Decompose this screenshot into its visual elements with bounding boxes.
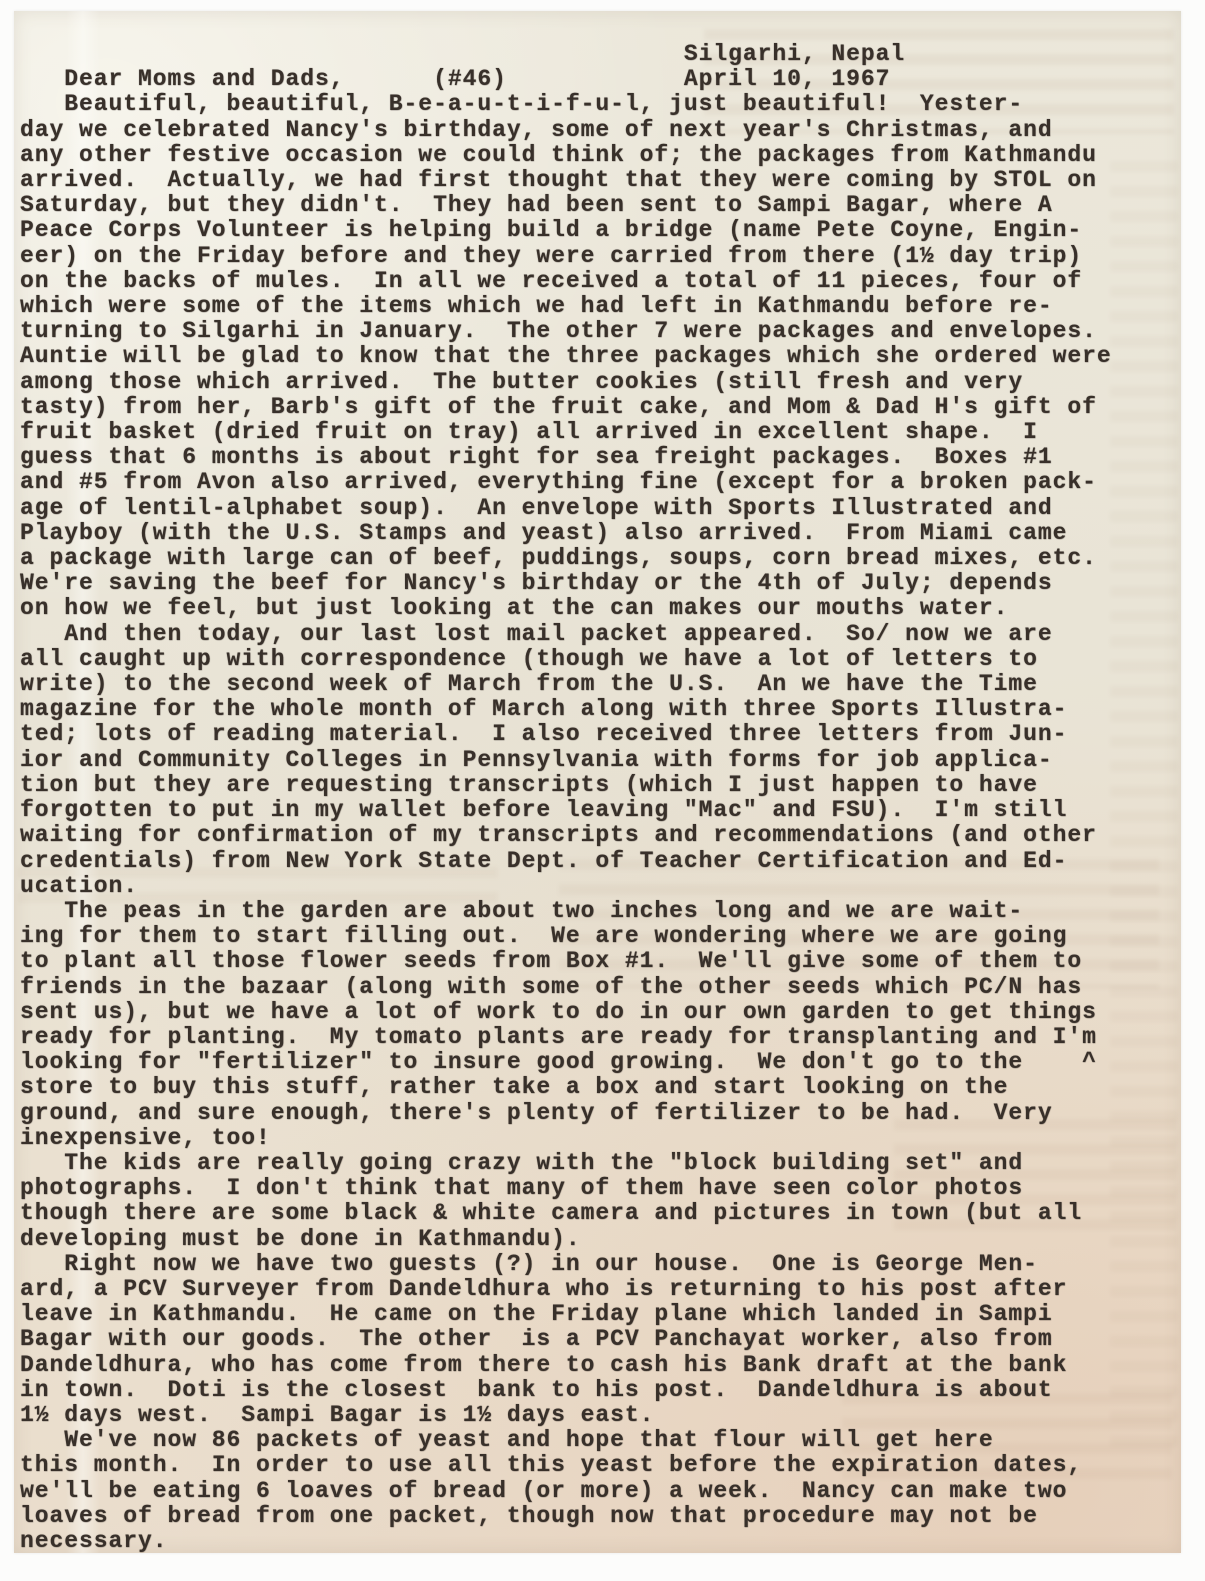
letter-line: a package with large can of beef, puddin… [20, 546, 1170, 571]
letter-line: waiting for confirmation of my transcrip… [20, 823, 1170, 848]
letter-line: magazine for the whole month of March al… [20, 697, 1170, 722]
letter-line: though there are some black & white came… [20, 1201, 1170, 1226]
letter-line: ucation. [20, 874, 1170, 899]
letter-body: Silgarhi, Nepal Dear Moms and Dads, (#46… [20, 42, 1170, 1554]
letter-line: photographs. I don't think that many of … [20, 1176, 1170, 1201]
letter-line: necessary. [20, 1529, 1170, 1554]
letter-line: leave in Kathmandu. He came on the Frida… [20, 1302, 1170, 1327]
letter-line: The peas in the garden are about two inc… [20, 899, 1170, 924]
letter-line: credentials) from New York State Dept. o… [20, 849, 1170, 874]
letter-line: all caught up with correspondence (thoug… [20, 647, 1170, 672]
letter-line: We're saving the beef for Nancy's birthd… [20, 571, 1170, 596]
letter-line: And then today, our last lost mail packe… [20, 622, 1170, 647]
letterhead-location-date-line: Silgarhi, Nepal [20, 42, 1170, 67]
letter-line: tasty) from her, Barb's gift of the frui… [20, 395, 1170, 420]
letter-line: sent us), but we have a lot of work to d… [20, 1000, 1170, 1025]
letter-line: forgotten to put in my wallet before lea… [20, 798, 1170, 823]
letter-paper: Silgarhi, Nepal Dear Moms and Dads, (#46… [14, 11, 1181, 1553]
letter-line: which were some of the items which we ha… [20, 294, 1170, 319]
letter-line: and #5 from Avon also arrived, everythin… [20, 470, 1170, 495]
letter-line: write) to the second week of March from … [20, 672, 1170, 697]
letter-line: developing must be done in Kathmandu). [20, 1227, 1170, 1252]
letter-line: ted; lots of reading material. I also re… [20, 722, 1170, 747]
letter-line: Auntie will be glad to know that the thr… [20, 344, 1170, 369]
letter-line: we'll be eating 6 loaves of bread (or mo… [20, 1479, 1170, 1504]
letter-line: fruit basket (dried fruit on tray) all a… [20, 420, 1170, 445]
letter-line: ing for them to start filling out. We ar… [20, 924, 1170, 949]
letter-line: Saturday, but they didn't. They had been… [20, 193, 1170, 218]
letter-line: Peace Corps Volunteer is helping build a… [20, 218, 1170, 243]
letter-line: turning to Silgarhi in January. The othe… [20, 319, 1170, 344]
letter-line: eer) on the Friday before and they were … [20, 244, 1170, 269]
letter-line: among those which arrived. The butter co… [20, 370, 1170, 395]
letter-line: in town. Doti is the closest bank to his… [20, 1378, 1170, 1403]
letter-line: ard, a PCV Surveyer from Dandeldhura who… [20, 1277, 1170, 1302]
letter-line: arrived. Actually, we had first thought … [20, 168, 1170, 193]
salutation-line: Dear Moms and Dads, (#46) April 10, 1967 [20, 67, 1170, 92]
letter-line: friends in the bazaar (along with some o… [20, 975, 1170, 1000]
letter-line: tion but they are requesting transcripts… [20, 773, 1170, 798]
letter-line: 1½ days west. Sampi Bagar is 1½ days eas… [20, 1403, 1170, 1428]
scan-background: Silgarhi, Nepal Dear Moms and Dads, (#46… [0, 0, 1205, 1581]
letter-line: day we celebrated Nancy's birthday, some… [20, 118, 1170, 143]
letter-line: We've now 86 packets of yeast and hope t… [20, 1428, 1170, 1453]
letter-line: ior and Community Colleges in Pennsylvan… [20, 748, 1170, 773]
letter-line: any other festive occasion we could thin… [20, 143, 1170, 168]
letter-line: ground, and sure enough, there's plenty … [20, 1101, 1170, 1126]
letter-line: Beautiful, beautiful, B-e-a-u-t-i-f-u-l,… [20, 92, 1170, 117]
letter-line: on how we feel, but just looking at the … [20, 596, 1170, 621]
letter-line: Dandeldhura, who has come from there to … [20, 1353, 1170, 1378]
letter-line: ready for planting. My tomato plants are… [20, 1025, 1170, 1050]
letter-line: Right now we have two guests (?) in our … [20, 1252, 1170, 1277]
letter-line: on the backs of mules. In all we receive… [20, 269, 1170, 294]
letter-line: Bagar with our goods. The other is a PCV… [20, 1327, 1170, 1352]
letter-line: The kids are really going crazy with the… [20, 1151, 1170, 1176]
letter-line: to plant all those flower seeds from Box… [20, 949, 1170, 974]
letter-line: age of lentil-alphabet soup). An envelop… [20, 496, 1170, 521]
letter-line: store to buy this stuff, rather take a b… [20, 1075, 1170, 1100]
letter-line: Playboy (with the U.S. Stamps and yeast)… [20, 521, 1170, 546]
letter-line: looking for "fertilizer" to insure good … [20, 1050, 1170, 1075]
letter-line: inexpensive, too! [20, 1126, 1170, 1151]
letter-line: loaves of bread from one packet, though … [20, 1504, 1170, 1529]
letter-line: this month. In order to use all this yea… [20, 1453, 1170, 1478]
letter-line: guess that 6 months is about right for s… [20, 445, 1170, 470]
